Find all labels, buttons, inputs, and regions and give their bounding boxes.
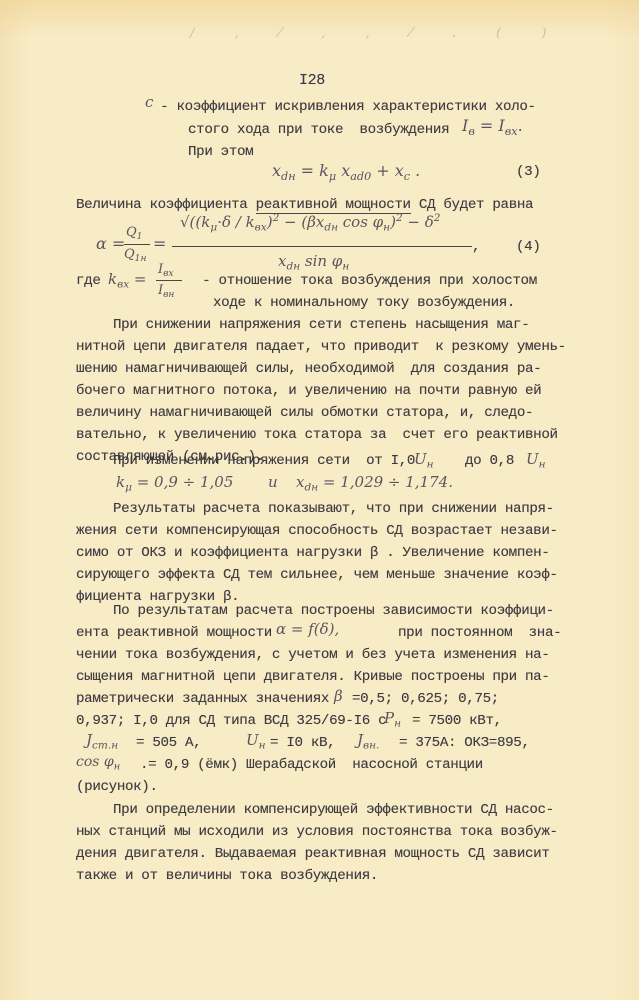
- paragraph-4-line-1: При определении компенсирующей эффективн…: [113, 803, 554, 817]
- paragraph-2-line-1: Результаты расчета показывают, что при с…: [113, 502, 554, 516]
- voltage-unit-a: Uн: [414, 452, 434, 470]
- equation-4-number: (4): [516, 240, 541, 254]
- equation-4-q1: Q1: [126, 226, 142, 242]
- formula-p-n: Pн: [384, 711, 401, 729]
- paragraph-3-line-3: чении тока возбуждения, с учетом и без у…: [76, 648, 550, 662]
- equation-4-lhs: α =: [96, 236, 125, 252]
- where-line-1: - отношение тока возбуждения при холосто…: [194, 274, 537, 288]
- paragraph-1-line-2: нитной цепи двигателя падает, что привод…: [76, 340, 566, 354]
- pencil-marks: / ‚ ⁄ ‚ ‚ ⁄ . ( ): [190, 26, 564, 41]
- formula-j-st-n: Jст.н: [86, 733, 118, 751]
- k-vx-num: Iвх: [158, 263, 174, 279]
- paragraph-3-line-2b: при постоянном зна-: [398, 626, 561, 640]
- formula-u-n: Uн: [246, 733, 266, 751]
- equation-4-denominator: xdн sin φн: [278, 254, 349, 272]
- k-vx-den: Iвн: [158, 284, 174, 300]
- equation-3-number: (3): [516, 165, 541, 179]
- equation-4-comma: ,: [472, 240, 480, 254]
- fraction-bar-main: [172, 246, 472, 247]
- paragraph-3-line-8: .= 0,9 (ёмк) Шерабадской насосной станци…: [140, 758, 483, 772]
- formula-alpha-f-delta: α = f(δ),: [276, 622, 339, 637]
- paragraph-3-line-5a: раметрически заданных значениях: [76, 692, 329, 706]
- paragraph-1-line-3: шению намагничивающей силы, необходимой …: [76, 362, 541, 376]
- definition-line-3: При этом: [188, 145, 253, 159]
- paragraph-2-line-2: жения сети компенсирующая способность СД…: [76, 524, 558, 538]
- range-conj: и: [268, 475, 278, 490]
- paragraph-1-line-1: При снижении напряжения сети степень нас…: [113, 318, 529, 332]
- paragraph-3-line-4: сыщения магнитной цепи двигателя. Кривые…: [76, 670, 550, 684]
- formula-iv-ivx: Iв = Iвх.: [462, 118, 523, 137]
- paragraph-4-line-2: ных станций мы исходили из условия посто…: [76, 825, 558, 839]
- fraction-bar-q: [124, 244, 150, 245]
- range-x-dn: xdн = 1,029 ÷ 1,174.: [296, 475, 453, 493]
- paragraph-4-line-3: дения двигателя. Выдаваемая реактивная м…: [76, 847, 550, 861]
- voltage-unit-b: Uн: [526, 452, 546, 470]
- paragraph-3-line-7b: = I0 кВ,: [270, 736, 335, 750]
- paragraph-2-line-3: симо от ОКЗ и коэффициента нагрузки β . …: [76, 546, 550, 560]
- paragraph-1-line-6: вательно, к увеличению тока статора за с…: [76, 428, 558, 442]
- where-line-2: ходе к номинальному току возбуждения.: [213, 296, 515, 310]
- equation-4-eq: =: [153, 236, 166, 252]
- formula-cos-phi-n: cos φн: [76, 755, 120, 772]
- paragraph-3-line-7c: = 375А: ОКЗ=895,: [399, 736, 530, 750]
- paragraph-3-line-5b: =0,5; 0,625; 0,75;: [352, 692, 499, 706]
- formula-j-vn: Jвн.: [357, 733, 379, 751]
- paragraph-3-line-9: (рисунок).: [76, 780, 158, 794]
- voltage-change-a: При изменении напряжения сети от I,0: [113, 454, 415, 468]
- paragraph-3-line-2a: ента реактивной мощности: [76, 626, 272, 640]
- paragraph-1-line-5: величину намагничивающей силы обмотки ст…: [76, 406, 533, 420]
- where-label: где: [76, 274, 101, 288]
- equation-3: xdн = kμ xad0 + xc .: [272, 163, 420, 182]
- eq4-intro: Величина коэффициента реактивной мощност…: [76, 198, 533, 212]
- page-number: I28: [299, 73, 325, 88]
- formula-beta: β: [334, 689, 343, 704]
- eq4-intro-prefix: Величина коэффициента: [76, 197, 256, 213]
- document-page: / ‚ ⁄ ‚ ‚ ⁄ . ( ) I28 c - коэффициент ис…: [0, 0, 639, 1000]
- equation-4-q1n: Q1н: [124, 248, 146, 264]
- paragraph-2-line-4: сирующего эффекта СД тем сильнее, чем ме…: [76, 568, 558, 582]
- paragraph-3-line-1: По результатам расчета построены зависим…: [113, 604, 554, 618]
- paragraph-3-line-6b: = 7500 кВт,: [412, 714, 502, 728]
- definition-line-1: - коэффициент искривления характеристики…: [152, 100, 536, 114]
- paragraph-4-line-4: также и от величины тока возбуждения.: [76, 869, 378, 883]
- paragraph-3-line-6a: 0,937; I,0 для СД типа ВСД 325/69-I6 с: [76, 714, 386, 728]
- fraction-bar-kvx: [156, 280, 182, 281]
- range-k-mu: kμ = 0,9 ÷ 1,05: [116, 475, 233, 493]
- eq4-intro-suffix: СД будет равна: [411, 197, 533, 213]
- voltage-change-b: до 0,8: [465, 454, 514, 468]
- definition-line-2: стого хода при токе возбуждения: [188, 123, 449, 137]
- equation-4-numerator: √((kμ·δ / kвх)2 − (βxdн cos φн)2 − δ2: [180, 213, 440, 233]
- paragraph-1-line-4: бочего магнитного потока, и увеличению н…: [76, 384, 541, 398]
- paragraph-3-line-7a: = 505 А,: [136, 736, 201, 750]
- k-vx: kвх =: [108, 272, 146, 290]
